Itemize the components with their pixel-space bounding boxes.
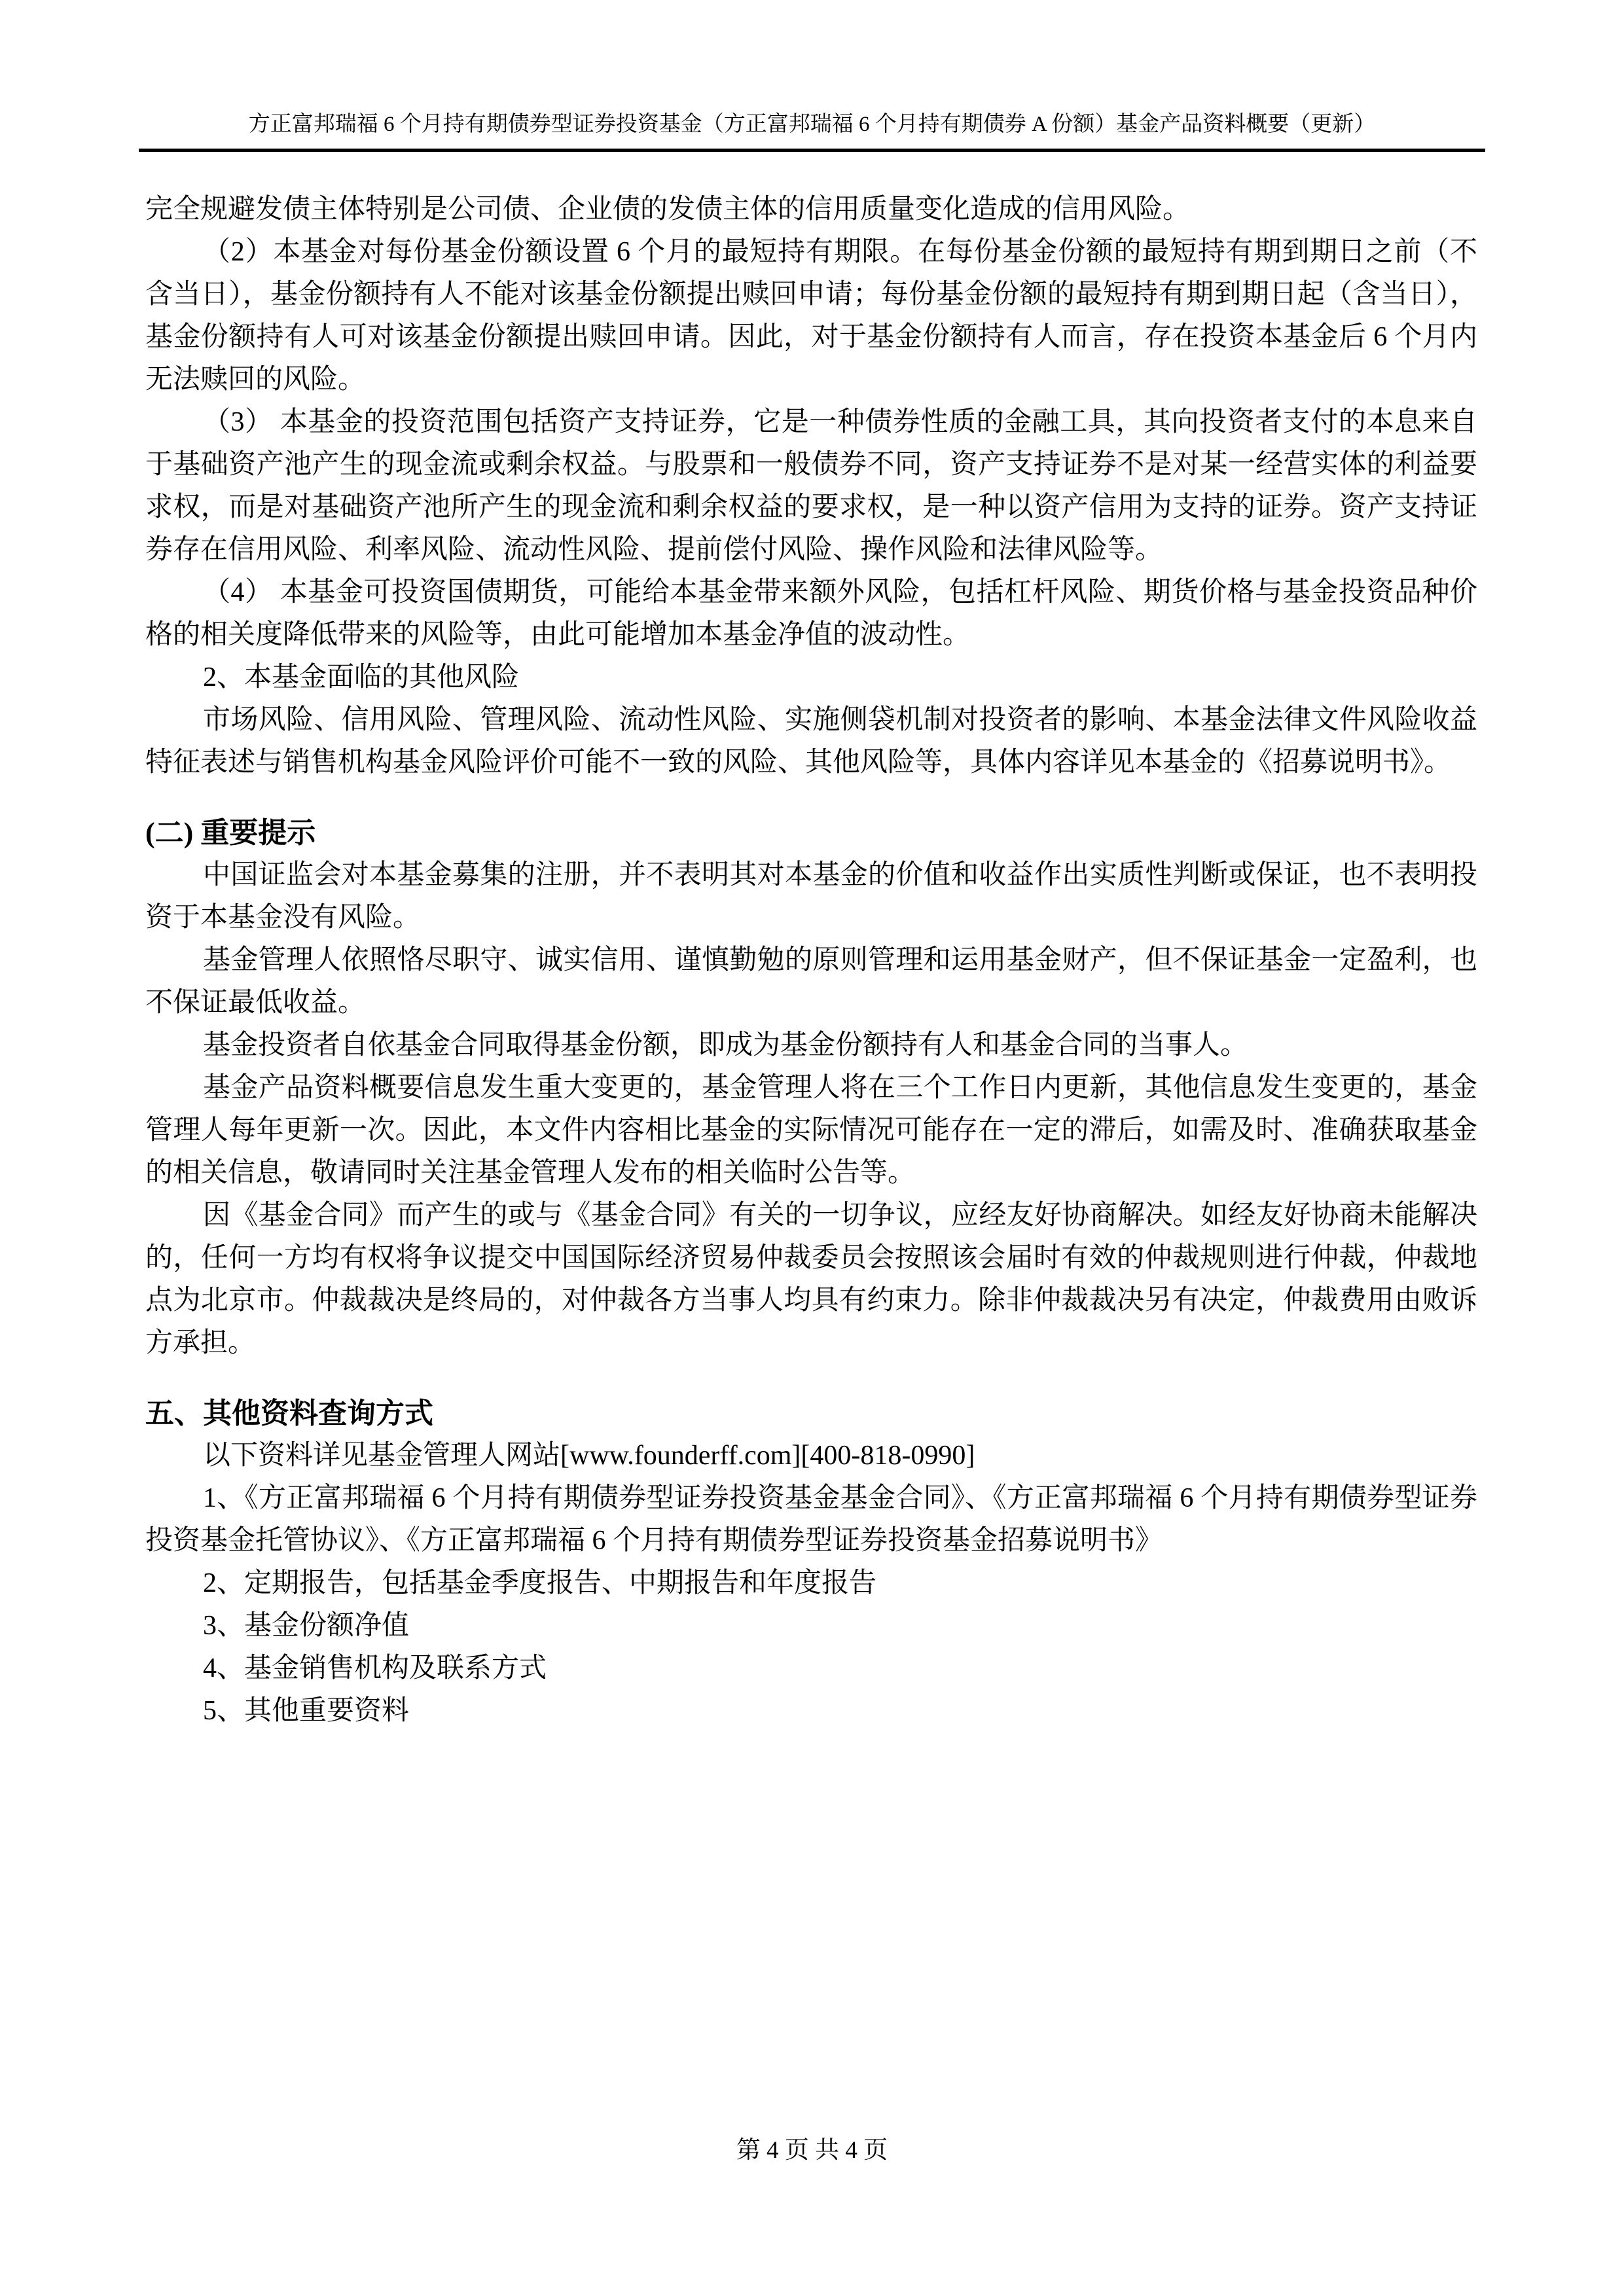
page-footer: 第 4 页 共 4 页: [0, 2135, 1624, 2166]
paragraph-risk-item-4: （4） 本基金可投资国债期货，可能给本基金带来额外风险，包括杠杆风险、期货价格与…: [145, 571, 1477, 656]
paragraph-query-item-4: 4、基金销售机构及联系方式: [145, 1647, 1477, 1690]
section-heading-other-info-access: 五、其他资料查询方式: [145, 1392, 1477, 1435]
paragraph-other-risks-body: 市场风险、信用风险、管理风险、流动性风险、实施侧袋机制对投资者的影响、本基金法律…: [145, 699, 1477, 784]
paragraph-risk-item-2: （2）本基金对每份基金份额设置 6 个月的最短持有期限。在每份基金份额的最短持有…: [145, 231, 1477, 401]
page-header-title: 方正富邦瑞福 6 个月持有期债券型证券投资基金（方正富邦瑞福 6 个月持有期债券…: [139, 110, 1485, 139]
document-body: 完全规避发债主体特别是公司债、企业债的发债主体的信用质量变化造成的信用风险。 （…: [145, 188, 1477, 1732]
paragraph-query-item-3: 3、基金份额净值: [145, 1605, 1477, 1647]
paragraph-other-risks-title: 2、本基金面临的其他风险: [145, 656, 1477, 699]
paragraph-risk-continuation: 完全规避发债主体特别是公司债、企业债的发债主体的信用质量变化造成的信用风险。: [145, 188, 1477, 231]
header-rule: [139, 149, 1485, 152]
paragraph-query-item-1: 1、《方正富邦瑞福 6 个月持有期债券型证券投资基金基金合同》、《方正富邦瑞福 …: [145, 1477, 1477, 1562]
paragraph-risk-item-3: （3） 本基金的投资范围包括资产支持证券，它是一种债券性质的金融工具，其向投资者…: [145, 401, 1477, 571]
paragraph-notice-update-frequency: 基金产品资料概要信息发生重大变更的，基金管理人将在三个工作日内更新，其他信息发生…: [145, 1067, 1477, 1194]
document-page: 方正富邦瑞福 6 个月持有期债券型证券投资基金（方正富邦瑞福 6 个月持有期债券…: [0, 0, 1624, 2296]
section-heading-important-notice: (二) 重要提示: [145, 812, 1477, 854]
page-number: 第 4 页 共 4 页: [736, 2137, 888, 2164]
paragraph-notice-arbitration: 因《基金合同》而产生的或与《基金合同》有关的一切争议，应经友好协商解决。如经友好…: [145, 1194, 1477, 1365]
paragraph-notice-csrc: 中国证监会对本基金募集的注册，并不表明其对本基金的价值和收益作出实质性判断或保证…: [145, 854, 1477, 939]
paragraph-query-item-5: 5、其他重要资料: [145, 1690, 1477, 1732]
paragraph-query-website: 以下资料详见基金管理人网站[www.founderff.com][400-818…: [145, 1435, 1477, 1477]
paragraph-query-item-2: 2、定期报告，包括基金季度报告、中期报告和年度报告: [145, 1562, 1477, 1605]
paragraph-notice-manager-duty: 基金管理人依照恪尽职守、诚实信用、谨慎勤勉的原则管理和运用基金财产，但不保证基金…: [145, 939, 1477, 1024]
paragraph-notice-investor-party: 基金投资者自依基金合同取得基金份额，即成为基金份额持有人和基金合同的当事人。: [145, 1024, 1477, 1067]
